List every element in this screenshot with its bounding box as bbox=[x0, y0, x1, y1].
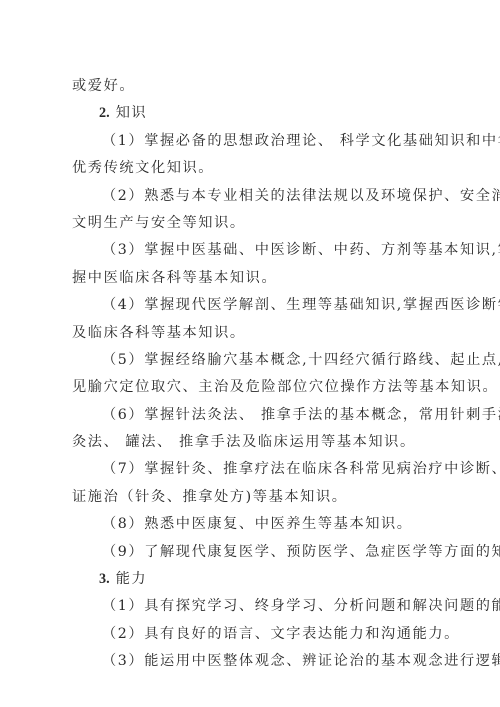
list-item: （3）掌握中医基础、中医诊断、中药、方剂等基本知识,掌 bbox=[72, 237, 450, 264]
list-item: （7）掌握针灸、推拿疗法在临床各科常见病治疗中诊断、辨 bbox=[72, 456, 450, 483]
section-title: 能力 bbox=[116, 571, 147, 587]
list-item: （6）掌握针法灸法、 推拿手法的基本概念，常用针刺手法、 bbox=[72, 402, 450, 429]
list-item: （4）掌握现代医学解剖、生理等基础知识,掌握西医诊断学 bbox=[72, 292, 450, 319]
list-item: （3）能运用中医整体观念、辨证论治的基本观念进行逻辑思 bbox=[72, 648, 450, 675]
list-item: （5）掌握经络腧穴基本概念,十四经穴循行路线、起止点,常 bbox=[72, 347, 450, 374]
text-line: 优秀传统文化知识。 bbox=[72, 155, 450, 182]
text-line: 见腧穴定位取穴、主治及危险部位穴位操作方法等基本知识。 bbox=[72, 374, 450, 401]
document-page: 或爱好。 2. 知识 （1）掌握必备的思想政治理论、 科学文化基础知识和中华 优… bbox=[72, 73, 450, 676]
text-line: 及临床各科等基本知识。 bbox=[72, 320, 450, 347]
list-item: （2）具有良好的语言、文字表达能力和沟通能力。 bbox=[72, 621, 450, 648]
list-item: （2）熟悉与本专业相关的法律法规以及环境保护、安全消防、 bbox=[72, 183, 450, 210]
section-number: 3. bbox=[99, 571, 110, 587]
text-line: 或爱好。 bbox=[72, 73, 450, 100]
list-item: （8）熟悉中医康复、中医养生等基本知识。 bbox=[72, 511, 450, 538]
list-item: （1）掌握必备的思想政治理论、 科学文化基础知识和中华 bbox=[72, 128, 450, 155]
list-item: （9）了解现代康复医学、预防医学、急症医学等方面的知识。 bbox=[72, 539, 450, 566]
section-heading-knowledge: 2. 知识 bbox=[72, 100, 450, 127]
section-heading-ability: 3. 能力 bbox=[72, 566, 450, 593]
section-title: 知识 bbox=[116, 105, 147, 121]
list-item: （1）具有探究学习、终身学习、分析问题和解决问题的能力。 bbox=[72, 593, 450, 620]
section-number: 2. bbox=[99, 105, 110, 121]
text-line: 灸法、 罐法、 推拿手法及临床运用等基本知识。 bbox=[72, 429, 450, 456]
text-line: 证施治（针灸、推拿处方)等基本知识。 bbox=[72, 484, 450, 511]
text-line: 文明生产与安全等知识。 bbox=[72, 210, 450, 237]
text-line: 握中医临床各科等基本知识。 bbox=[72, 265, 450, 292]
